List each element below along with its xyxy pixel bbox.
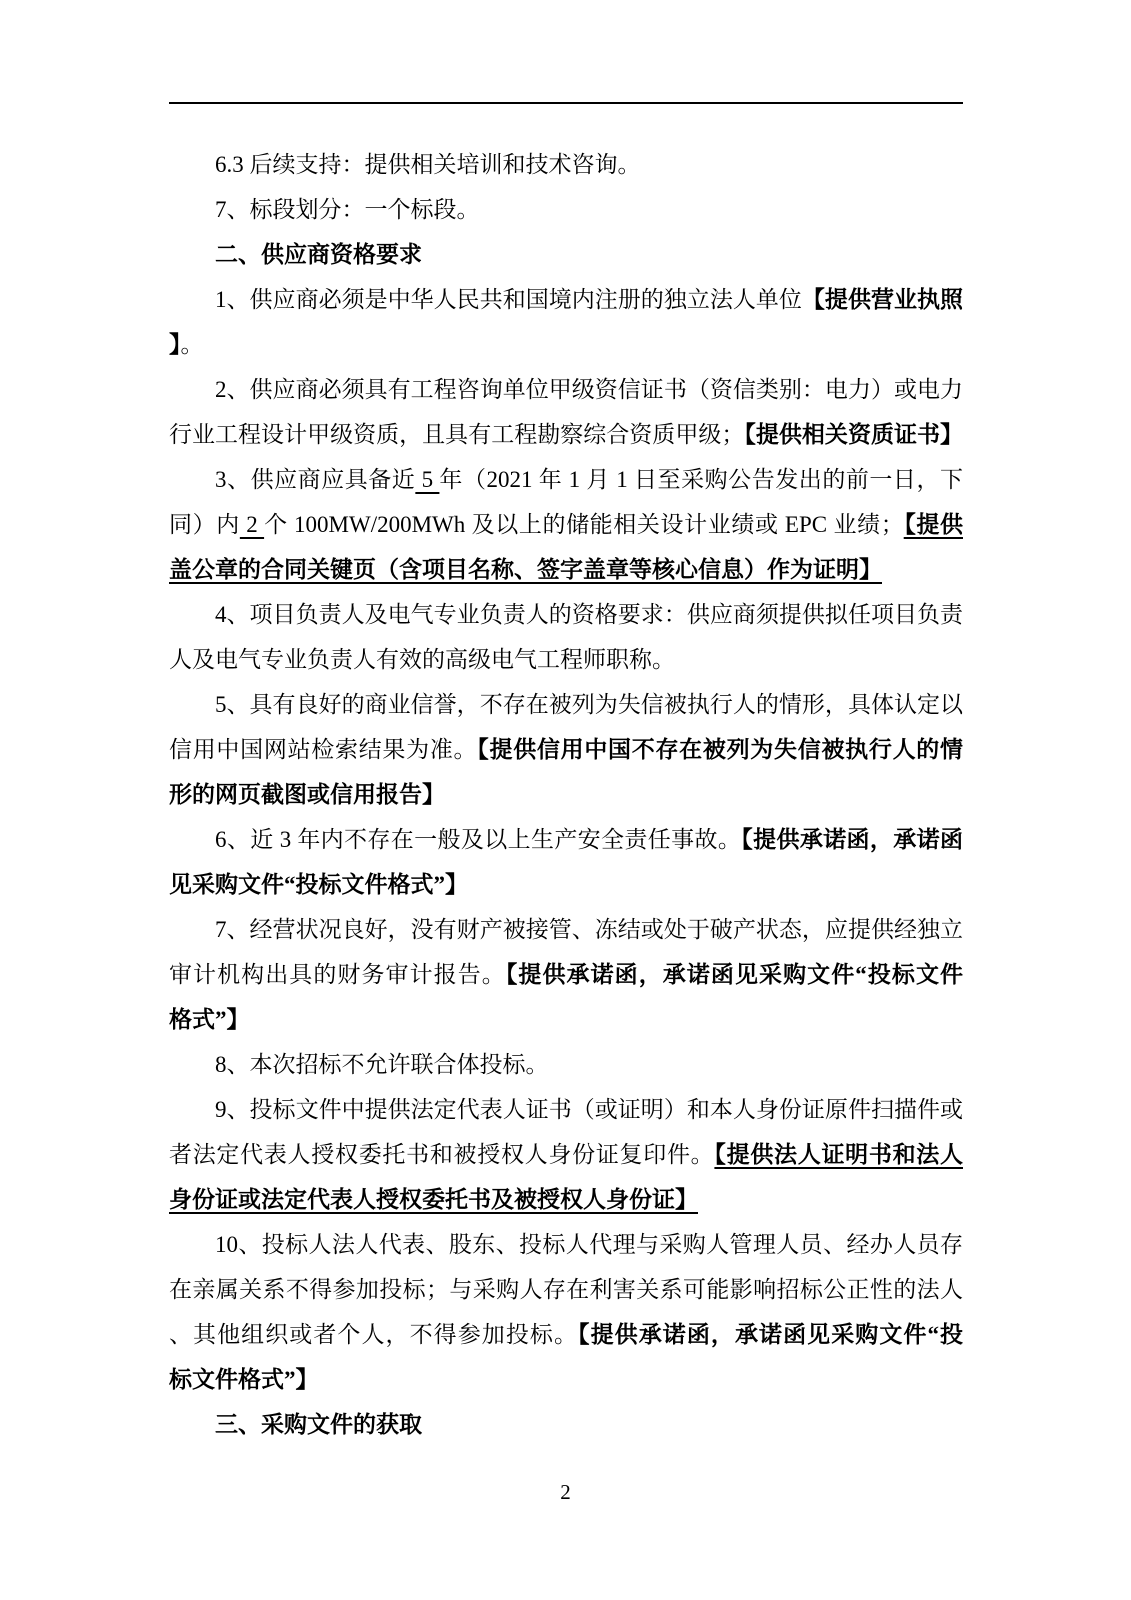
text-line: 二、供应商资格要求 (169, 232, 963, 277)
emphasis-text-segment: 身份证或法定代表人授权委托书及被授权人身份证】 (169, 1187, 698, 1212)
text-segment: 3、供应商应具备近 (215, 467, 415, 492)
text-line: 4、项目负责人及电气专业负责人的资格要求：供应商须提供拟任项目负责 (169, 592, 963, 637)
text-segment: 者法定代表人授权委托书和被授权人身份证复印件。 (169, 1142, 714, 1167)
text-segment: 1、供应商必须是中华人民共和国境内注册的独立法人单位 (215, 287, 802, 312)
text-line: 7、标段划分：一个标段。 (169, 187, 963, 232)
text-segment: 9、投标文件中提供法定代表人证书（或证明）和本人身份证原件扫描件或 (215, 1097, 963, 1122)
text-line: 】。 (169, 322, 963, 367)
text-line: 10、投标人法人代表、股东、投标人代理与采购人管理人员、经办人员存 (169, 1222, 963, 1267)
text-line: 形的网页截图或信用报告】 (169, 772, 963, 817)
document-page: 6.3 后续支持：提供相关培训和技术咨询。7、标段划分：一个标段。二、供应商资格… (0, 0, 1131, 1600)
text-segment: 10、投标人法人代表、股东、投标人代理与采购人管理人员、经办人员存 (215, 1232, 963, 1257)
text-line: 格式”】 (169, 997, 963, 1042)
emphasis-text-segment: 【提供承诺函，承诺函见采购文件“投标文件 (506, 962, 963, 987)
text-line: 3、供应商应具备近 5 年（2021 年 1 月 1 日至采购公告发出的前一日，… (169, 457, 963, 502)
text-line: 、其他组织或者个人，不得参加投标。【提供承诺函，承诺函见采购文件“投 (169, 1312, 963, 1357)
emphasis-text-segment: 盖公章的合同关键页（含项目名称、签字盖章等核心信息）作为证明】 (169, 557, 882, 582)
page-footer: 2 (0, 1470, 1131, 1515)
emphasis-text-segment: 格式”】 (169, 1007, 250, 1032)
text-segment: 2 (240, 512, 264, 537)
emphasis-text-segment: 见采购文件“投标文件格式”】 (169, 872, 468, 897)
emphasis-text-segment: 二、供应商资格要求 (215, 242, 422, 267)
text-segment: 8、本次招标不允许联合体投标。 (215, 1052, 549, 1077)
text-line: 标文件格式”】 (169, 1357, 963, 1402)
text-line: 审计机构出具的财务审计报告。【提供承诺函，承诺函见采购文件“投标文件 (169, 952, 963, 997)
text-segment: 5、具有良好的商业信誉，不存在被列为失信被执行人的情形，具体认定以 (215, 692, 963, 717)
emphasis-text-segment: 【提供相关资质证书】 (744, 422, 963, 447)
text-segment: 7、经营状况良好，没有财产被接管、冻结或处于破产状态，应提供经独立 (215, 917, 963, 942)
emphasis-text-segment: 【提供承诺函，承诺函见采购文件“投 (578, 1322, 963, 1347)
header-rule (169, 102, 963, 104)
text-segment: 审计机构出具的财务审计报告。 (169, 962, 506, 987)
emphasis-text-segment: 【提供信用中国不存在被列为失信被执行人的情 (477, 737, 963, 762)
text-segment: 年（2021 年 1 月 1 日至采购公告发出的前一日，下 (439, 467, 963, 492)
emphasis-text-segment: 【提供营业执照 (802, 287, 963, 312)
text-line: 行业工程设计甲级资质，且具有工程勘察综合资质甲级；【提供相关资质证书】 (169, 412, 963, 457)
text-segment: 。 (181, 332, 204, 357)
text-segment: 5 (415, 467, 439, 492)
text-line: 1、供应商必须是中华人民共和国境内注册的独立法人单位【提供营业执照 (169, 277, 963, 322)
text-line: 身份证或法定代表人授权委托书及被授权人身份证】 (169, 1177, 963, 1222)
document-body: 6.3 后续支持：提供相关培训和技术咨询。7、标段划分：一个标段。二、供应商资格… (169, 142, 963, 1447)
text-segment: 6.3 后续支持：提供相关培训和技术咨询。 (215, 152, 641, 177)
text-segment: 个 100MW/200MWh 及以上的储能相关设计业绩或 EPC 业绩； (264, 512, 904, 537)
emphasis-text-segment: 】 (169, 332, 181, 357)
text-segment: 行业工程设计甲级资质，且具有工程勘察综合资质甲级； (169, 422, 744, 447)
text-line: 者法定代表人授权委托书和被授权人身份证复印件。【提供法人证明书和法人 (169, 1132, 963, 1177)
text-line: 6.3 后续支持：提供相关培训和技术咨询。 (169, 142, 963, 187)
text-line: 7、经营状况良好，没有财产被接管、冻结或处于破产状态，应提供经独立 (169, 907, 963, 952)
text-line: 9、投标文件中提供法定代表人证书（或证明）和本人身份证原件扫描件或 (169, 1087, 963, 1132)
text-segment: 信用中国网站检索结果为准。 (169, 737, 477, 762)
text-line: 在亲属关系不得参加投标；与采购人存在利害关系可能影响招标公正性的法人 (169, 1267, 963, 1312)
text-segment: 6、近 3 年内不存在一般及以上生产安全责任事故。 (215, 827, 741, 852)
text-segment: 7、标段划分：一个标段。 (215, 197, 480, 222)
emphasis-text-segment: 三、采购文件的获取 (215, 1412, 422, 1437)
text-segment: 人及电气专业负责人有效的高级电气工程师职称。 (169, 647, 675, 672)
emphasis-text-segment: 标文件格式”】 (169, 1367, 319, 1392)
text-line: 6、近 3 年内不存在一般及以上生产安全责任事故。【提供承诺函，承诺函 (169, 817, 963, 862)
emphasis-text-segment: 【提供法人证明书和法人 (714, 1142, 963, 1167)
text-line: 同）内 2 个 100MW/200MWh 及以上的储能相关设计业绩或 EPC 业… (169, 502, 963, 547)
page-number: 2 (560, 1480, 571, 1504)
text-line: 三、采购文件的获取 (169, 1402, 963, 1447)
text-line: 见采购文件“投标文件格式”】 (169, 862, 963, 907)
text-line: 8、本次招标不允许联合体投标。 (169, 1042, 963, 1087)
text-segment: 4、项目负责人及电气专业负责人的资格要求：供应商须提供拟任项目负责 (215, 602, 963, 627)
text-segment: 在亲属关系不得参加投标；与采购人存在利害关系可能影响招标公正性的法人 (169, 1277, 963, 1302)
text-line: 盖公章的合同关键页（含项目名称、签字盖章等核心信息）作为证明】 (169, 547, 963, 592)
text-line: 人及电气专业负责人有效的高级电气工程师职称。 (169, 637, 963, 682)
text-line: 2、供应商必须具有工程咨询单位甲级资信证书（资信类别：电力）或电力 (169, 367, 963, 412)
text-segment: 2、供应商必须具有工程咨询单位甲级资信证书（资信类别：电力）或电力 (215, 377, 963, 402)
text-segment: 、其他组织或者个人，不得参加投标。 (169, 1322, 578, 1347)
emphasis-text-segment: 【提供承诺函，承诺函 (741, 827, 963, 852)
text-segment: 同）内 (169, 512, 240, 537)
emphasis-text-segment: 形的网页截图或信用报告】 (169, 782, 445, 807)
text-line: 信用中国网站检索结果为准。【提供信用中国不存在被列为失信被执行人的情 (169, 727, 963, 772)
text-line: 5、具有良好的商业信誉，不存在被列为失信被执行人的情形，具体认定以 (169, 682, 963, 727)
